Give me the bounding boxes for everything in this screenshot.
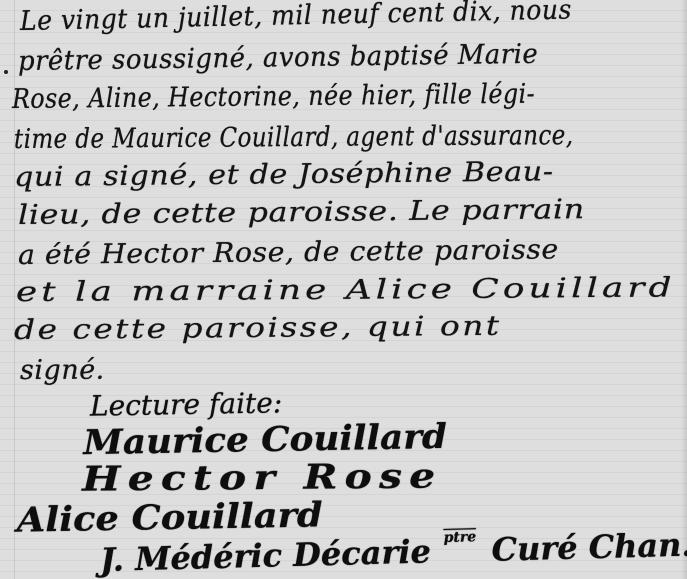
entry-line-1: Le vingt un juillet, mil neuf cent dix, … <box>20 0 572 37</box>
page-edge-shadow <box>681 0 687 579</box>
entry-line-3: Rose, Aline, Hectorine, née hier, fille … <box>12 79 535 115</box>
register-page: Le vingt un juillet, mil neuf cent dix, … <box>0 0 687 579</box>
priest-suffix: Chan. Hon. <box>588 523 687 566</box>
entry-line-2: prêtre soussigné, avons baptisé Marie <box>18 39 539 77</box>
ink-mark <box>4 70 8 74</box>
entry-line-4: time de Maurice Couillard, agent d'assur… <box>14 120 574 155</box>
entry-line-7: a été Hector Rose, de cette paroisse <box>18 234 559 271</box>
reading-note: Lecture faite: <box>90 386 283 422</box>
priest-title-superscript: ptre <box>443 529 476 546</box>
signature-godfather: Hector Rose <box>82 456 443 499</box>
entry-line-8: et la marraine Alice Couillard <box>16 272 676 308</box>
priest-name: J. Médéric Décarie <box>100 532 432 579</box>
priest-title: Curé <box>491 529 578 569</box>
signature-godmother: Alice Couillard <box>16 495 323 540</box>
entry-line-5: qui a signé, et de Joséphine Beau- <box>14 156 554 193</box>
entry-line-10: signé. <box>20 355 105 386</box>
entry-line-6: lieu, de cette paroisse. Le parrain <box>18 194 585 231</box>
entry-line-9: de cette paroisse, qui ont <box>14 311 502 346</box>
